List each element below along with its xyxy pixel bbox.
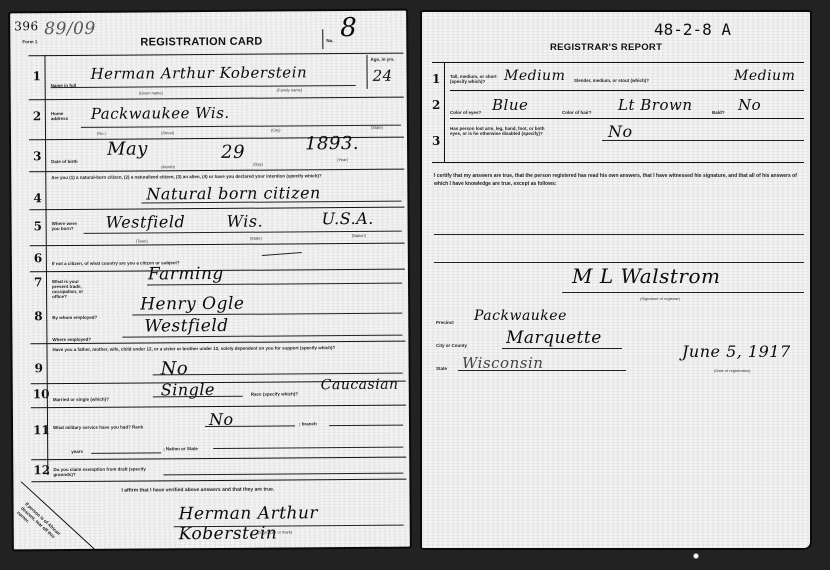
field-label: Date of birth: [51, 159, 78, 164]
form-rule: [432, 62, 804, 63]
field-label: Precinct: [436, 320, 454, 325]
form-number-handwritten: 89/09: [44, 19, 96, 39]
registration-card-front: 396 Form 1 89/09 REGISTRATION CARD No. 8…: [8, 9, 412, 552]
row-number: 10: [33, 387, 50, 401]
home-address-value: Packwaukee Wis.: [91, 104, 230, 123]
name-value: Herman Arthur Koberstein: [90, 63, 307, 83]
birthplace-state-value: Wis.: [227, 212, 264, 231]
field-label: City or County: [436, 343, 467, 348]
field-label: Slender, medium, or stout (which)?: [574, 78, 649, 83]
dependents-value: No: [161, 358, 189, 379]
field-label: Are you (1) a natural-born citizen, (2) …: [51, 173, 396, 180]
field-caption: (Signature or mark): [258, 529, 293, 534]
birthplace-town-value: Westfield: [106, 212, 186, 232]
form-rule: [205, 425, 295, 427]
row-number: 4: [33, 191, 41, 205]
employment-place-value: Westfield: [144, 316, 228, 337]
field-label: What military service have you had? Rank: [53, 424, 143, 430]
field-label: What is your present trade, occupation, …: [52, 279, 92, 299]
row-number: 8: [34, 309, 42, 323]
disability-value: No: [608, 122, 633, 141]
field-label: State: [436, 366, 447, 371]
form-rule: [44, 55, 48, 475]
bald-value: No: [738, 96, 761, 114]
card-title: REGISTRATION CARD: [140, 36, 262, 49]
field-label: Where were you born?: [52, 221, 82, 231]
row-number: 5: [34, 219, 42, 233]
form-rule: [213, 447, 403, 449]
form-rule: [432, 162, 804, 163]
registrars-report-back: 48-2-8 A REGISTRAR'S REPORT 1 Tall, medi…: [420, 10, 812, 550]
field-label: Has person lost arm, leg, hand, foot, or…: [450, 126, 550, 136]
form-rule: [31, 405, 406, 409]
occupation-value: Farming: [148, 264, 224, 285]
registration-date-value: June 5, 1917: [682, 342, 791, 361]
form-rule: [562, 292, 804, 293]
field-caption: (No.): [97, 131, 106, 136]
field-caption: (Family name): [277, 87, 303, 92]
form-rule: [366, 55, 367, 89]
form-rule: [434, 262, 804, 263]
row-number: 3: [33, 149, 41, 163]
form-rule: [502, 348, 622, 349]
field-label: Tall, medium, or short (specify which)?: [450, 74, 502, 84]
form-rule: [450, 118, 804, 119]
scan-marker: [693, 553, 699, 559]
field-caption: (State): [371, 125, 383, 130]
field-caption: (City): [271, 128, 281, 133]
affirmation-text: I affirm that I have verified above answ…: [121, 488, 274, 494]
stamp-number: 48-2-8 A: [654, 20, 731, 39]
form-rule: [91, 452, 161, 453]
form-rule: [31, 479, 406, 483]
report-title: REGISTRAR'S REPORT: [550, 42, 662, 53]
form-rule: [29, 97, 404, 101]
form-rule: [153, 373, 403, 376]
birthplace-nation-value: U.S.A.: [322, 209, 374, 228]
registrant-signature: Herman Arthur Koberstein: [179, 503, 410, 545]
row-number: 2: [432, 98, 440, 112]
form-rule: [29, 169, 404, 173]
form-rule: [31, 457, 406, 461]
field-caption: (Given name): [139, 90, 163, 95]
field-caption: (Signature of registrar): [640, 296, 680, 301]
registrar-signature: M L Walstrom: [572, 264, 720, 288]
number-value: 8: [340, 13, 357, 43]
row-number: 1: [33, 69, 41, 83]
field-caption: (Date of registration): [714, 368, 750, 373]
corner-note: If person is of African descent, tear of…: [15, 501, 71, 555]
form-rule: [30, 243, 405, 247]
eye-color-value: Blue: [492, 96, 528, 114]
field-label: By whom employed?: [52, 315, 97, 320]
field-label: Bald?: [712, 110, 725, 115]
margin-number: 396: [14, 19, 39, 33]
row-number: 12: [33, 463, 50, 477]
field-caption: (Street): [161, 130, 174, 135]
field-caption: (Month): [161, 164, 175, 169]
form-rule: [81, 125, 401, 128]
row-number: 1: [432, 72, 440, 86]
field-caption: (Day): [253, 162, 263, 167]
race-value: Caucasian: [321, 377, 399, 394]
row-number: 7: [34, 275, 42, 289]
form-rule: [163, 473, 403, 476]
form-rule: [450, 90, 804, 91]
form-rule: [329, 425, 403, 427]
form-rule: [28, 53, 403, 57]
form-label: Form 1: [22, 39, 37, 44]
precinct-value: Packwaukee: [474, 308, 567, 324]
age-value: 24: [373, 67, 393, 85]
row-number: 9: [35, 361, 43, 375]
row-number: 11: [33, 423, 50, 437]
form-rule: [434, 234, 804, 235]
row-number: 2: [33, 109, 41, 123]
field-label: ; branch: [299, 421, 317, 426]
row-number: 3: [432, 134, 440, 148]
field-caption: (State): [250, 236, 262, 241]
field-label: Age, in yrs.: [370, 57, 394, 62]
birth-year-value: 1893.: [305, 133, 359, 154]
county-value: Marquette: [506, 328, 602, 348]
field-label: Have you a father, mother, wife, child u…: [52, 345, 402, 352]
field-label: Color of eyes?: [450, 110, 481, 115]
field-caption: (Year): [337, 157, 348, 162]
field-label: Home address: [51, 111, 79, 121]
field-label: Where employed?: [52, 337, 91, 342]
employer-value: Henry Ogle: [140, 294, 244, 315]
form-rule: [458, 370, 626, 371]
height-value: Medium: [504, 68, 565, 84]
field-label: Married or single (which)?: [53, 397, 109, 402]
form-rule: [602, 140, 804, 141]
hair-color-value: Lt Brown: [618, 96, 692, 114]
field-label: ; Nation or State: [163, 446, 198, 451]
field-label: Race (specify which)?: [251, 391, 298, 396]
form-rule: [322, 29, 323, 49]
build-value: Medium: [734, 68, 795, 84]
field-caption: (Nation): [352, 233, 366, 238]
row-number: 6: [34, 251, 42, 265]
form-rule: [444, 62, 445, 162]
form-rule: [51, 85, 356, 88]
field-label: Color of hair?: [562, 110, 592, 115]
field-label: years: [71, 449, 83, 454]
birth-month-value: May: [107, 138, 148, 159]
form-rule: [262, 252, 302, 256]
field-caption: (Town): [136, 238, 148, 243]
field-label: Do you claim exemption from draft (speci…: [53, 466, 163, 477]
birth-day-value: 29: [221, 142, 245, 163]
certification-text: I certify that my answers are true, that…: [434, 172, 802, 188]
number-label: No.: [326, 38, 333, 43]
